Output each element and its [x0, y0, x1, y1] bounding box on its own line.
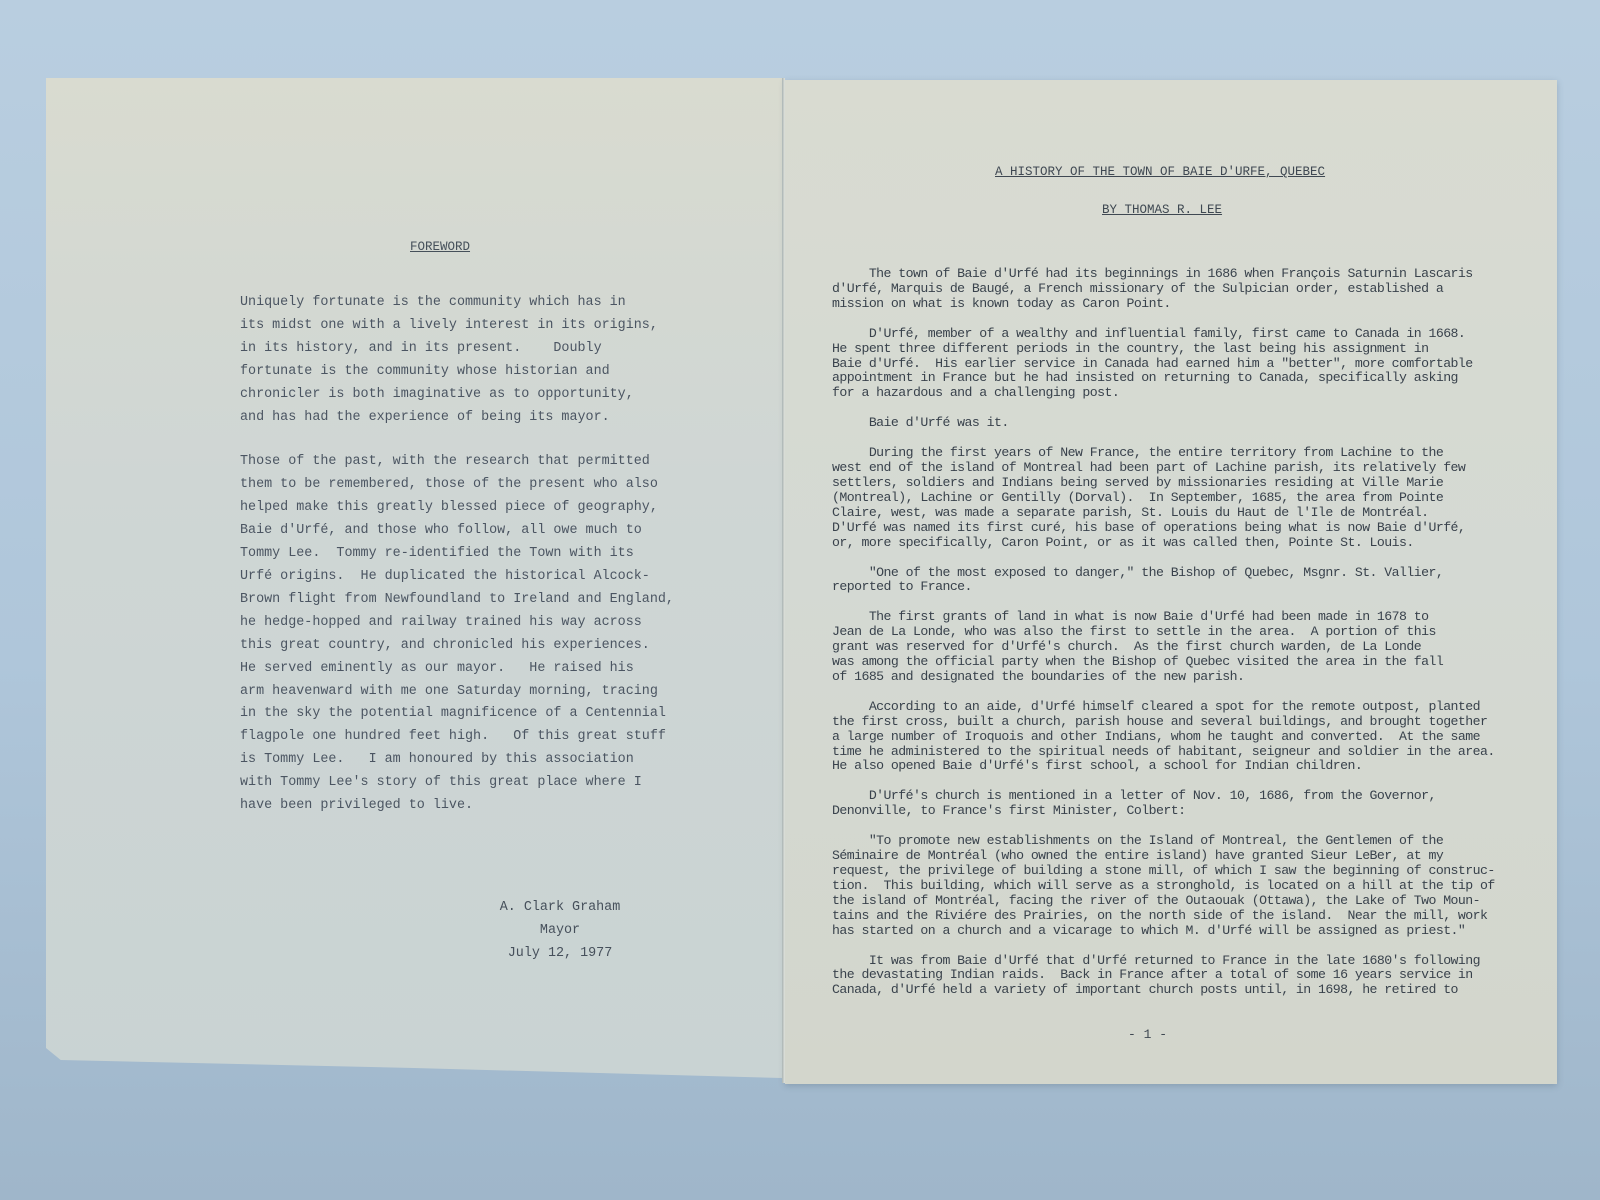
history-paragraph: "To promote new establishments on the Is…: [832, 834, 1532, 938]
document-title: A HISTORY OF THE TOWN OF BAIE D'URFE, QU…: [995, 165, 1325, 179]
history-paragraph: The first grants of land in what is now …: [832, 610, 1532, 685]
history-paragraph: It was from Baie d'Urfé that d'Urfé retu…: [832, 954, 1532, 999]
foreword-body: Uniquely fortunate is the community whic…: [240, 292, 660, 840]
foreword-heading: FOREWORD: [410, 240, 470, 254]
signature-date: July 12, 1977: [470, 942, 650, 965]
page-number: - 1 -: [1128, 1027, 1167, 1042]
history-paragraph: D'Urfé's church is mentioned in a letter…: [832, 789, 1532, 819]
history-paragraph: Baie d'Urfé was it.: [832, 416, 1532, 431]
history-paragraph: During the first years of New France, th…: [832, 446, 1532, 550]
signature-name: A. Clark Graham: [470, 896, 650, 919]
foreword-paragraph: Those of the past, with the research tha…: [240, 451, 660, 818]
history-paragraph: The town of Baie d'Urfé had its beginnin…: [832, 267, 1532, 312]
history-paragraph: "One of the most exposed to danger," the…: [832, 566, 1532, 596]
document-byline: BY THOMAS R. LEE: [1102, 203, 1222, 217]
history-body: The town of Baie d'Urfé had its beginnin…: [832, 267, 1532, 1013]
book-gutter: [782, 78, 785, 1083]
signature-block: A. Clark Graham Mayor July 12, 1977: [470, 896, 650, 965]
history-paragraph: D'Urfé, member of a wealthy and influent…: [832, 327, 1532, 402]
foreword-paragraph: Uniquely fortunate is the community whic…: [240, 292, 660, 429]
history-paragraph: According to an aide, d'Urfé himself cle…: [832, 700, 1532, 775]
signature-title: Mayor: [470, 919, 650, 942]
